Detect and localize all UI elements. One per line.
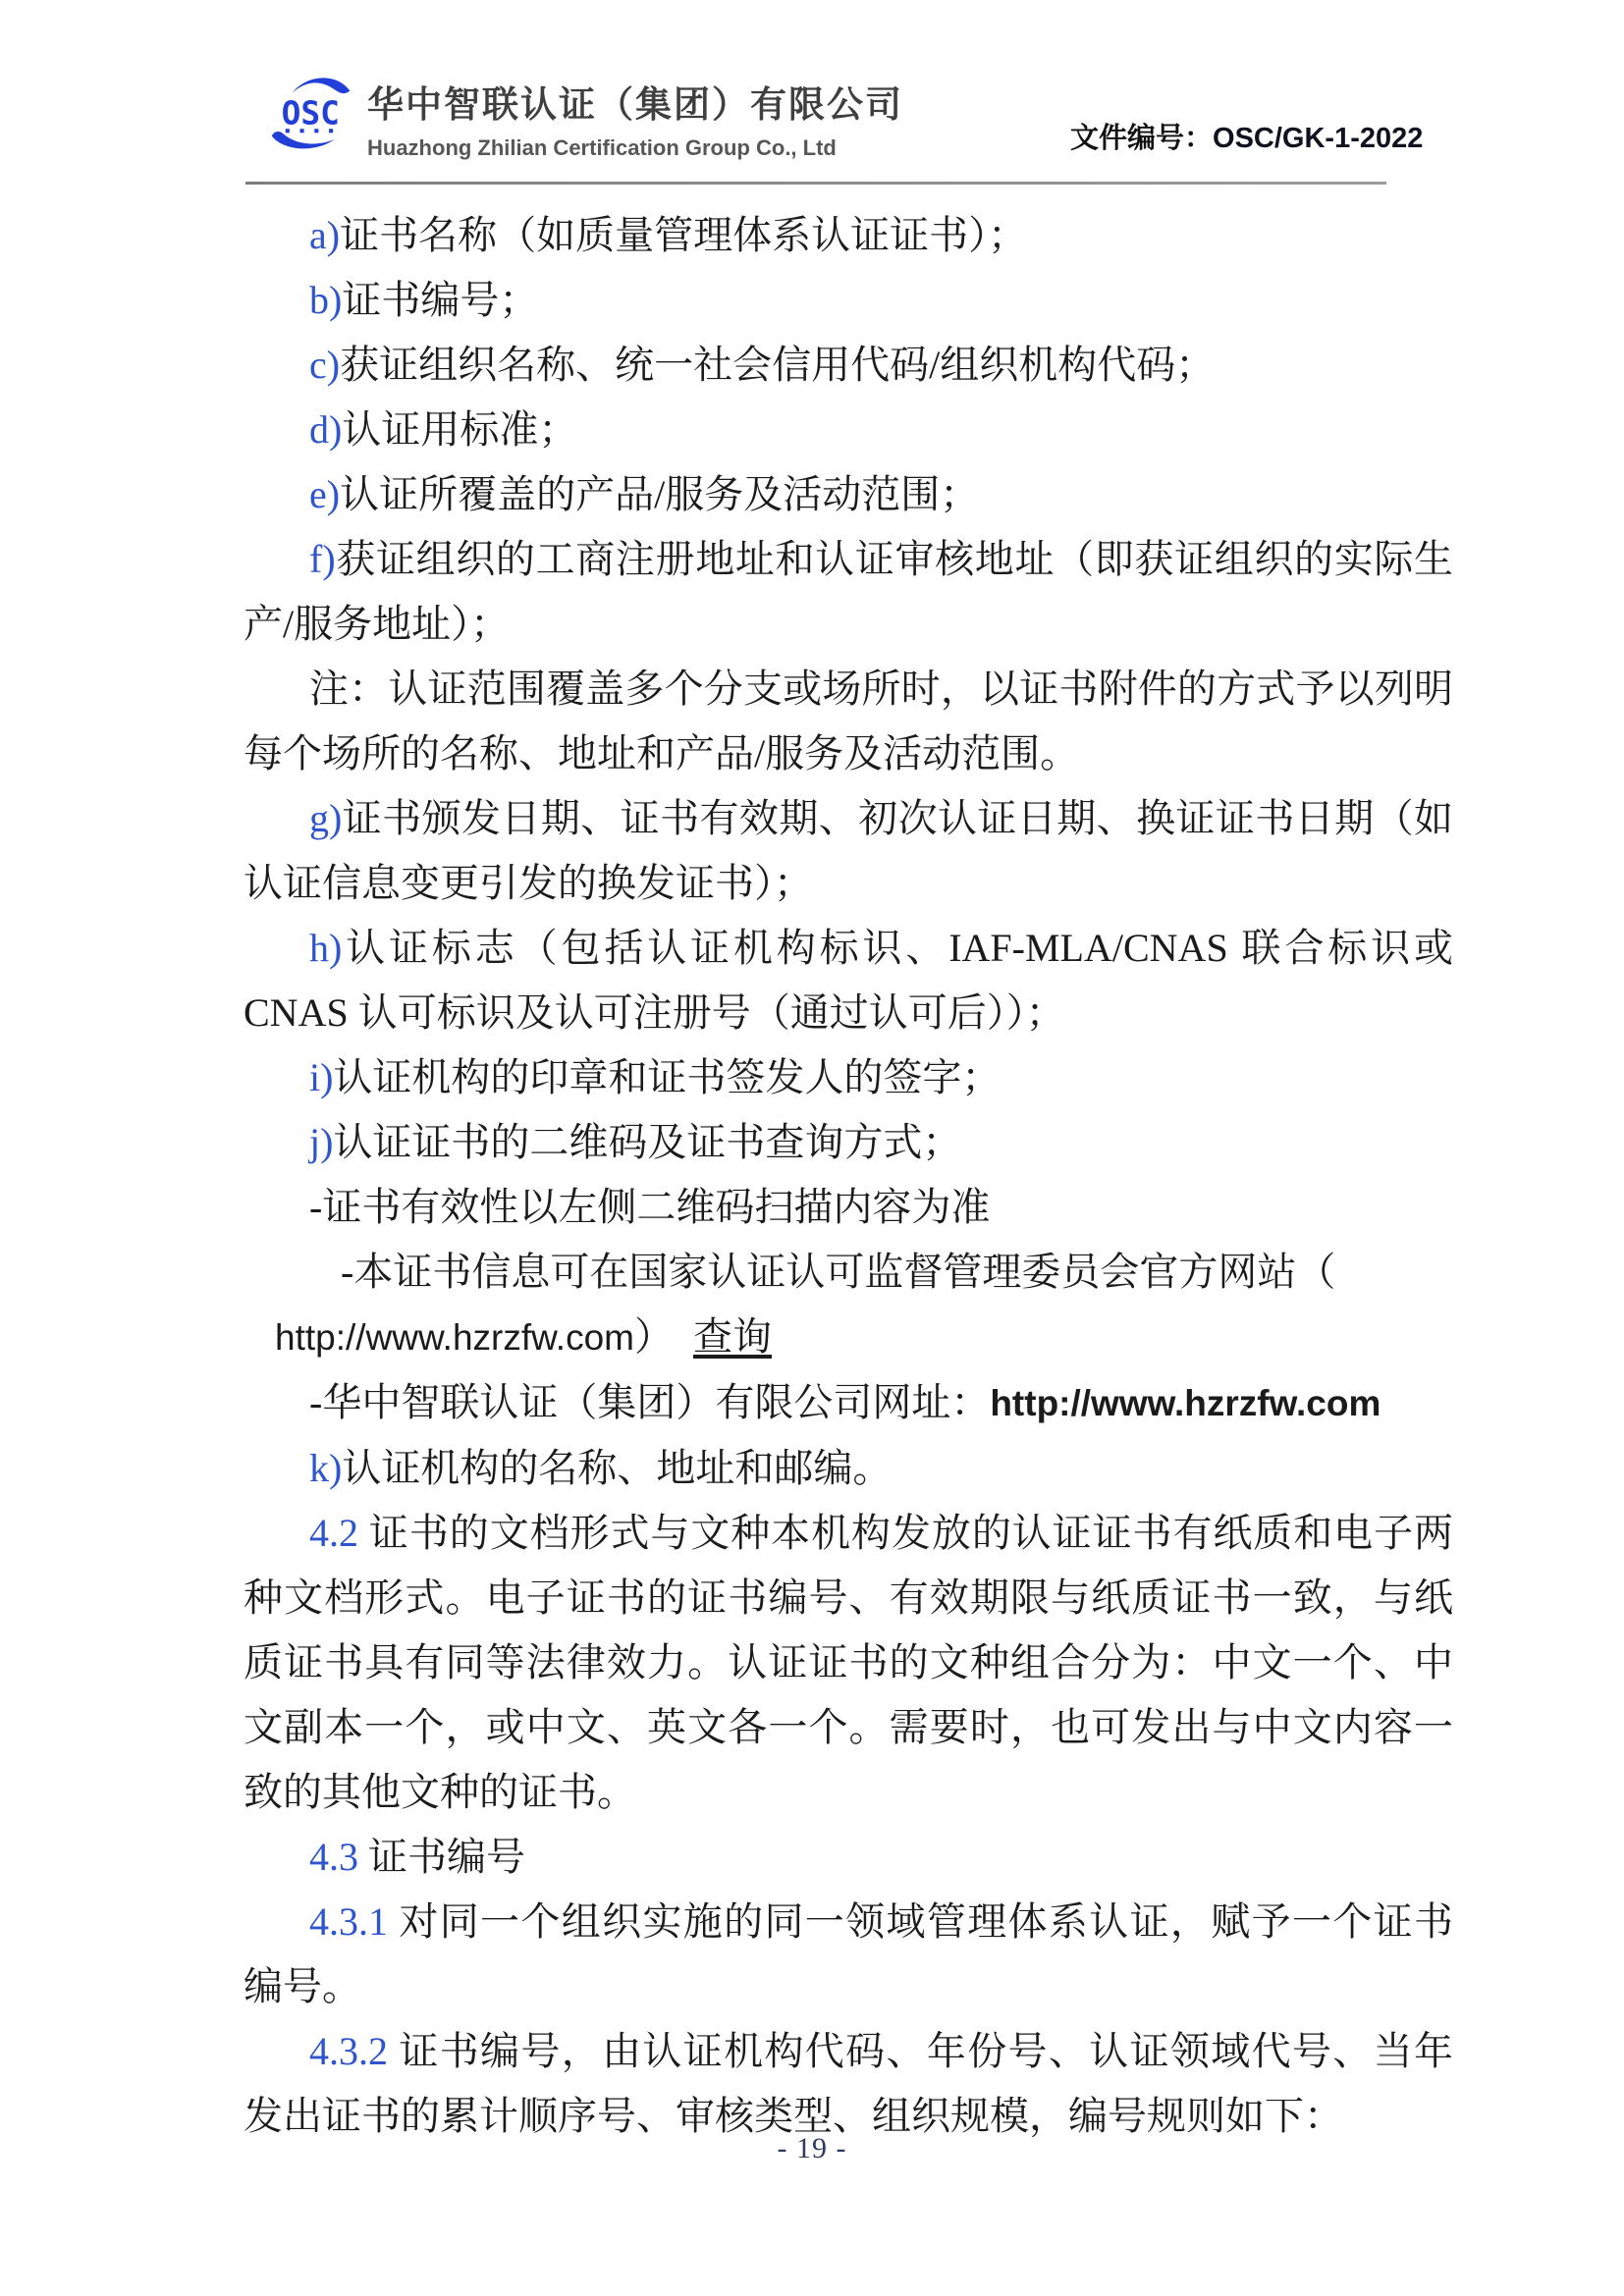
query-link[interactable]: 查询: [693, 1314, 772, 1359]
list-marker: g): [309, 796, 342, 840]
paragraph: 4.3.1 对同一个组织实施的同一领域管理体系认证，赋予一个证书编号。: [244, 1890, 1453, 2019]
paragraph: a)证书名称（如质量管理体系认证证书）；: [244, 203, 1453, 268]
text-run: 认证机构的印章和证书签发人的签字；: [333, 1055, 1001, 1099]
document-page: OSC 华中智联认证（集团）有限公司 Huazhong Zhilian Cert…: [0, 0, 1624, 2296]
text-run: -华中智联认证（集团）有限公司网址：: [309, 1380, 990, 1424]
text-run: 认证标志（包括认证机构标识、IAF-MLA/CNAS 联合标识或 CNAS 认可…: [244, 926, 1453, 1035]
text-run: 认证机构的名称、地址和邮编。: [342, 1446, 892, 1490]
list-marker: b): [309, 278, 342, 322]
paragraph: 4.3.2 证书编号，由认证机构代码、年份号、认证领域代号、当年发出证书的累计顺…: [244, 2019, 1453, 2149]
paragraph: f)获证组织的工商注册地址和认证审核地址（即获证组织的实际生产/服务地址）；: [244, 527, 1453, 657]
text-run: 证书的文档形式与文种本机构发放的认证证书有纸质和电子两种文档形式。电子证书的证书…: [244, 1511, 1453, 1814]
text-run: 认证证书的二维码及证书查询方式；: [333, 1120, 961, 1164]
url-text: http://www.hzrzfw.com: [990, 1383, 1380, 1423]
company-logo: OSC: [271, 71, 352, 153]
document-number: 文件编号：OSC/GK-1-2022: [1070, 116, 1423, 156]
company-name-cn: 华中智联认证（集团）有限公司: [367, 75, 903, 128]
text-run: -证书有效性以左侧二维码扫描内容为准: [309, 1185, 990, 1229]
text-run: 获证组织名称、统一社会信用代码/组织机构代码；: [340, 343, 1215, 387]
paragraph: k)认证机构的名称、地址和邮编。: [244, 1436, 1453, 1501]
text-run: 证书编号；: [342, 278, 538, 322]
list-marker: 4.3: [309, 1835, 358, 1879]
text-run: 认证用标准；: [342, 407, 577, 452]
text-run: 注：认证范围覆盖多个分支或场所时，以证书附件的方式予以列明每个场所的名称、地址和…: [244, 667, 1453, 775]
text-run: 证书编号: [358, 1835, 525, 1879]
paragraph: 4.3 证书编号: [244, 1825, 1453, 1890]
list-marker: 4.3.2: [309, 2029, 388, 2073]
text-run: 获证组织的工商注册地址和认证审核地址（即获证组织的实际生产/服务地址）；: [244, 537, 1453, 646]
doc-number-label: 文件编号：: [1070, 123, 1213, 154]
paragraph: 4.2 证书的文档形式与文种本机构发放的认证证书有纸质和电子两种文档形式。电子证…: [244, 1501, 1453, 1825]
page-number: - 19 -: [0, 2132, 1624, 2165]
paragraph: i)认证机构的印章和证书签发人的签字；: [244, 1045, 1453, 1110]
list-marker: c): [309, 343, 340, 387]
paragraph: -本证书信息可在国家认证认可监督管理委员会官方网站（: [244, 1240, 1453, 1305]
paragraph: e)认证所覆盖的产品/服务及活动范围；: [244, 462, 1453, 527]
text-run: 证书名称（如质量管理体系认证证书）；: [340, 213, 1027, 257]
list-marker: j): [309, 1120, 333, 1164]
doc-number-value: OSC/GK-1-2022: [1213, 123, 1423, 154]
header-divider: [245, 182, 1386, 185]
paragraph: d)认证用标准；: [244, 398, 1453, 462]
list-marker: 4.2: [309, 1511, 358, 1555]
text-run: 证书颁发日期、证书有效期、初次认证日期、换证证书日期（如认证信息变更引发的换发证…: [244, 796, 1453, 905]
document-body: a)证书名称（如质量管理体系认证证书）；b)证书编号；c)获证组织名称、统一社会…: [244, 203, 1453, 2149]
url-text: http://www.hzrzfw.com: [275, 1317, 634, 1358]
logo-text: OSC: [282, 94, 340, 132]
list-marker: f): [309, 537, 336, 581]
list-marker: i): [309, 1055, 333, 1099]
paragraph: 注：认证范围覆盖多个分支或场所时，以证书附件的方式予以列明每个场所的名称、地址和…: [244, 657, 1453, 786]
list-marker: d): [309, 407, 342, 452]
paragraph: g)证书颁发日期、证书有效期、初次认证日期、换证证书日期（如认证信息变更引发的换…: [244, 786, 1453, 916]
list-marker: e): [309, 472, 340, 516]
list-marker: 4.3.1: [309, 1899, 388, 1944]
text-run: 对同一个组织实施的同一领域管理体系认证，赋予一个证书编号。: [244, 1899, 1453, 2008]
list-marker: h): [309, 926, 342, 970]
text-run: ）: [634, 1314, 693, 1359]
company-name-en: Huazhong Zhilian Certification Group Co.…: [367, 135, 903, 161]
paragraph: c)获证组织名称、统一社会信用代码/组织机构代码；: [244, 333, 1453, 398]
list-marker: a): [309, 213, 340, 257]
company-titles: 华中智联认证（集团）有限公司 Huazhong Zhilian Certific…: [367, 75, 903, 161]
paragraph: b)证书编号；: [244, 268, 1453, 333]
text-run: 证书编号，由认证机构代码、年份号、认证领域代号、当年发出证书的累计顺序号、审核类…: [244, 2029, 1453, 2138]
paragraph: h)认证标志（包括认证机构标识、IAF-MLA/CNAS 联合标识或 CNAS …: [244, 916, 1453, 1045]
text-run: 认证所覆盖的产品/服务及活动范围；: [340, 472, 979, 516]
page-header: OSC 华中智联认证（集团）有限公司 Huazhong Zhilian Cert…: [0, 0, 1624, 187]
paragraph: j)认证证书的二维码及证书查询方式；: [244, 1110, 1453, 1175]
osc-logo-icon: OSC: [271, 71, 352, 153]
paragraph: -华中智联认证（集团）有限公司网址：http://www.hzrzfw.com: [244, 1370, 1453, 1436]
paragraph: http://www.hzrzfw.com） 查询: [244, 1305, 1453, 1370]
paragraph: -证书有效性以左侧二维码扫描内容为准: [244, 1175, 1453, 1240]
list-marker: k): [309, 1446, 342, 1490]
text-run: -本证书信息可在国家认证认可监督管理委员会官方网站（: [341, 1250, 1335, 1294]
